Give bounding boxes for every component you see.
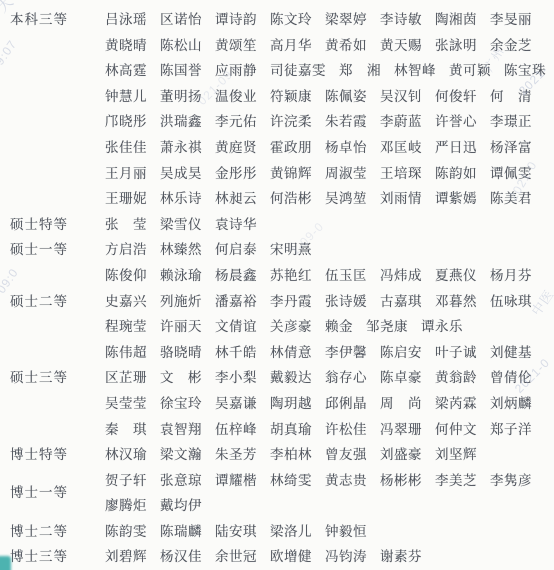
name-row: 邝晓彤洪瑞鑫李元佑许浣柔朱若霞李蔚蓝许誉心李璟正 xyxy=(105,109,554,135)
awardee-name: 陈俊仰 xyxy=(105,263,147,289)
awardee-name: 陈韵如 xyxy=(435,161,477,187)
awardee-name: 赖泳瑜 xyxy=(160,263,202,289)
awardee-name: 李柏林 xyxy=(270,442,312,468)
awardee-name: 梁洛儿 xyxy=(270,519,312,545)
awardee-name: 林高霆 xyxy=(105,58,147,84)
awardee-name: 何仲文 xyxy=(435,417,477,443)
awardee-name: 邱俐晶 xyxy=(325,391,367,417)
awardee-name: 吴鸿堃 xyxy=(325,186,367,212)
awardee-name: 区芷珊 xyxy=(105,365,147,391)
award-group: 硕士二等史嘉兴列施炘潘嘉裕李丹霞张诗媛古嘉琪邓暮然伍咏琪程琬莹许丽天文倩谊关彦豪… xyxy=(10,289,554,366)
awardee-name: 董明扬 xyxy=(160,84,202,110)
name-row: 钟慧儿董明扬温俊业符颖康陈佩姿吴汉钊何俊轩何 清 xyxy=(105,84,554,110)
awardee-name: 钟慧儿 xyxy=(105,84,147,110)
name-row: 秦 琪袁智翔伍梓峰胡真瑜许松佳冯翠珊何仲文郑子洋 xyxy=(105,417,554,443)
awardee-name: 黄锦辉 xyxy=(270,161,312,187)
awardee-name: 苏艳红 xyxy=(270,263,312,289)
award-tier-label: 硕士一等 xyxy=(10,237,105,263)
name-row: 刘碧辉杨汉佳余世冠欧增健冯钧涛谢素芬 xyxy=(105,544,554,570)
awardee-name: 黄庭贤 xyxy=(215,135,257,161)
awardee-name: 许松佳 xyxy=(325,417,367,443)
award-tier-label: 硕士特等 xyxy=(10,212,105,238)
name-row: 陈韵雯陈瑞麟陆安琪梁洛儿钟毅恒 xyxy=(105,519,554,545)
awardee-name: 林乐诗 xyxy=(160,186,202,212)
awardee-name: 高月华 xyxy=(270,33,312,59)
awardee-name: 杨汉佳 xyxy=(160,544,202,570)
awardee-name: 陈国誉 xyxy=(160,58,202,84)
award-tier-label: 博士特等 xyxy=(10,442,105,468)
awardee-name: 陈韵雯 xyxy=(105,519,147,545)
awardee-name: 戴均伊 xyxy=(160,493,202,519)
award-group: 博士一等贺子轩张意琼谭耀楷林绮雯黄志贵杨彬彬李美芝李隽彦廖腾炬戴均伊 xyxy=(10,468,554,519)
name-row: 陈俊仰赖泳瑜杨晨鑫苏艳红伍玉匡冯炜成夏燕仪杨月芬 xyxy=(105,263,554,289)
award-tier-label: 硕士二等 xyxy=(10,289,105,315)
awardee-name: 伍咏琪 xyxy=(490,289,532,315)
awardee-name: 朱圣芳 xyxy=(215,442,257,468)
awardee-name: 秦 琪 xyxy=(105,417,147,443)
name-row: 张 莹梁雪仪袁诗华 xyxy=(105,212,554,238)
awardee-name: 吴汉钊 xyxy=(380,84,422,110)
awardee-name: 林绮雯 xyxy=(270,468,312,494)
name-row: 吕泳瑶区诺怡谭诗韵陈文玲梁翠婷李诗敏陶湘茵李旻丽 xyxy=(105,7,554,33)
awardee-name: 戴毅达 xyxy=(270,365,312,391)
awardee-name: 王月丽 xyxy=(105,161,147,187)
awardee-name: 黄晓晴 xyxy=(105,33,147,59)
awardee-name: 冯钧涛 xyxy=(325,544,367,570)
awardee-name: 程琬莹 xyxy=(105,314,147,340)
awardee-name: 邓匡岐 xyxy=(380,135,422,161)
awardee-name: 贺子轩 xyxy=(105,468,147,494)
awardee-name: 叶子诚 xyxy=(435,340,477,366)
awardee-name: 林臻然 xyxy=(160,237,202,263)
awardee-name: 林昶云 xyxy=(215,186,257,212)
awardee-name: 司徒嘉雯 xyxy=(270,58,326,84)
awardee-name: 张 莹 xyxy=(105,212,147,238)
awardee-name: 文 彬 xyxy=(160,365,202,391)
awardee-name: 何浩彬 xyxy=(270,186,312,212)
awardee-name: 吴成昊 xyxy=(160,161,202,187)
awardee-name: 吕泳瑶 xyxy=(105,7,147,33)
awardee-name: 张意琼 xyxy=(160,468,202,494)
awardee-name: 杨晨鑫 xyxy=(215,263,257,289)
awardee-name: 林汉瑜 xyxy=(105,442,147,468)
awardee-name: 刘雨情 xyxy=(380,186,422,212)
awardee-name: 潘嘉裕 xyxy=(215,289,257,315)
awardee-name: 黄可颖 xyxy=(449,58,491,84)
awardee-name: 萧永祺 xyxy=(160,135,202,161)
awardee-name: 古嘉琪 xyxy=(380,289,422,315)
awardee-name: 谭耀楷 xyxy=(215,468,257,494)
awardee-name: 李蔚蓝 xyxy=(380,109,422,135)
name-row: 王珊妮林乐诗林昶云何浩彬吴鸿堃刘雨情谭紫嫣陈美君 xyxy=(105,186,554,212)
awardee-name: 陈松山 xyxy=(160,33,202,59)
awardee-name: 刘健基 xyxy=(490,340,532,366)
awardee-name: 陆安琪 xyxy=(215,519,257,545)
awardee-name: 陈文玲 xyxy=(270,7,312,33)
awardee-name: 洪瑞鑫 xyxy=(160,109,202,135)
awardee-name: 吴莹莹 xyxy=(105,391,147,417)
awardee-name: 邓暮然 xyxy=(435,289,477,315)
awardee-name: 许浣柔 xyxy=(270,109,312,135)
awardee-name: 吴嘉谦 xyxy=(215,391,257,417)
awardee-name: 夏燕仪 xyxy=(435,263,477,289)
name-rows: 史嘉兴列施炘潘嘉裕李丹霞张诗媛古嘉琪邓暮然伍咏琪程琬莹许丽天文倩谊关彦豪赖金邹尧… xyxy=(105,289,554,366)
awardee-name: 符颖康 xyxy=(270,84,312,110)
awardee-name: 林倩意 xyxy=(270,340,312,366)
name-row: 吴莹莹徐宝玲吴嘉谦陶玥越邱俐晶周 尚梁芮霖刘炳麟 xyxy=(105,391,554,417)
award-group: 硕士一等方启浩林臻然何启泰宋明熹陈俊仰赖泳瑜杨晨鑫苏艳红伍玉匡冯炜成夏燕仪杨月芬 xyxy=(10,237,554,288)
awardee-name: 梁芮霖 xyxy=(435,391,477,417)
award-group: 硕士三等区芷珊文 彬李小梨戴毅达翁存心陈卓豪黄翁龄曾倩伦吴莹莹徐宝玲吴嘉谦陶玥越… xyxy=(10,365,554,442)
awardee-name: 谭永乐 xyxy=(421,314,463,340)
award-group: 博士特等林汉瑜梁文瀚朱圣芳李柏林曾友强刘盛豪刘坚辉 xyxy=(10,442,554,468)
awardee-name: 徐宝玲 xyxy=(160,391,202,417)
awardee-name: 郑子洋 xyxy=(490,417,532,443)
name-rows: 贺子轩张意琼谭耀楷林绮雯黄志贵杨彬彬李美芝李隽彦廖腾炬戴均伊 xyxy=(105,468,554,519)
name-rows: 刘碧辉杨汉佳余世冠欧增健冯钧涛谢素芬 xyxy=(105,544,554,570)
awardee-name: 黄翁龄 xyxy=(435,365,477,391)
award-list: 本科三等吕泳瑶区诺怡谭诗韵陈文玲梁翠婷李诗敏陶湘茵李旻丽黄晓晴陈松山黄颂笙高月华… xyxy=(10,7,554,570)
name-row: 林汉瑜梁文瀚朱圣芳李柏林曾友强刘盛豪刘坚辉 xyxy=(105,442,554,468)
awardee-name: 袁诗华 xyxy=(215,212,257,238)
name-rows: 吕泳瑶区诺怡谭诗韵陈文玲梁翠婷李诗敏陶湘茵李旻丽黄晓晴陈松山黄颂笙高月华黄希如黄… xyxy=(105,7,554,212)
awardee-name: 曾倩伦 xyxy=(490,365,532,391)
awardee-name: 廖腾炬 xyxy=(105,493,147,519)
awardee-name: 谭佩雯 xyxy=(490,161,532,187)
awardee-name: 李丹霞 xyxy=(270,289,312,315)
awardee-name: 伍玉匡 xyxy=(325,263,367,289)
awardee-name: 陶玥越 xyxy=(270,391,312,417)
awardee-name: 李伊馨 xyxy=(325,340,367,366)
awardee-name: 黄希如 xyxy=(325,33,367,59)
awardee-name: 金彤彤 xyxy=(215,161,257,187)
awardee-name: 梁雪仪 xyxy=(160,212,202,238)
awardee-name: 李美芝 xyxy=(435,468,477,494)
scanned-award-document: 本科三等吕泳瑶区诺怡谭诗韵陈文玲梁翠婷李诗敏陶湘茵李旻丽黄晓晴陈松山黄颂笙高月华… xyxy=(0,0,554,570)
awardee-name: 伍梓峰 xyxy=(215,417,257,443)
awardee-name: 余世冠 xyxy=(215,544,257,570)
awardee-name: 宋明熹 xyxy=(270,237,312,263)
award-tier-label: 硕士三等 xyxy=(10,365,105,391)
awardee-name: 李诗敏 xyxy=(380,7,422,33)
awardee-name: 翁存心 xyxy=(325,365,367,391)
award-group: 博士三等刘碧辉杨汉佳余世冠欧增健冯钧涛谢素芬 xyxy=(10,544,554,570)
awardee-name: 关彦豪 xyxy=(270,314,312,340)
awardee-name: 李元佑 xyxy=(215,109,257,135)
award-group: 本科三等吕泳瑶区诺怡谭诗韵陈文玲梁翠婷李诗敏陶湘茵李旻丽黄晓晴陈松山黄颂笙高月华… xyxy=(10,7,554,212)
awardee-name: 邝晓彤 xyxy=(105,109,147,135)
awardee-name: 区诺怡 xyxy=(160,7,202,33)
awardee-name: 温俊业 xyxy=(215,84,257,110)
awardee-name: 陈美君 xyxy=(490,186,532,212)
awardee-name: 李小梨 xyxy=(215,365,257,391)
awardee-name: 袁智翔 xyxy=(160,417,202,443)
awardee-name: 谭紫嫣 xyxy=(435,186,477,212)
awardee-name: 谭诗韵 xyxy=(215,7,257,33)
awardee-name: 许丽天 xyxy=(160,314,202,340)
name-rows: 区芷珊文 彬李小梨戴毅达翁存心陈卓豪黄翁龄曾倩伦吴莹莹徐宝玲吴嘉谦陶玥越邱俐晶周… xyxy=(105,365,554,442)
awardee-name: 陈瑞麟 xyxy=(160,519,202,545)
awardee-name: 钟毅恒 xyxy=(325,519,367,545)
award-group: 博士二等陈韵雯陈瑞麟陆安琪梁洛儿钟毅恒 xyxy=(10,519,554,545)
name-row: 廖腾炬戴均伊 xyxy=(105,493,554,519)
awardee-name: 何启泰 xyxy=(215,237,257,263)
awardee-name: 李璟正 xyxy=(490,109,532,135)
awardee-name: 林智峰 xyxy=(394,58,436,84)
name-rows: 陈韵雯陈瑞麟陆安琪梁洛儿钟毅恒 xyxy=(105,519,554,545)
awardee-name: 刘盛豪 xyxy=(380,442,422,468)
awardee-name: 李旻丽 xyxy=(490,7,532,33)
awardee-name: 黄志贵 xyxy=(325,468,367,494)
name-row: 张佳佳萧永祺黄庭贤霍政朋杨卓怡邓匡岐严日迅杨泽富 xyxy=(105,135,554,161)
awardee-name: 列施炘 xyxy=(160,289,202,315)
award-tier-label: 博士一等 xyxy=(10,480,105,506)
awardee-name: 曾友强 xyxy=(325,442,367,468)
awardee-name: 陈佩姿 xyxy=(325,84,367,110)
awardee-name: 欧增健 xyxy=(270,544,312,570)
name-rows: 张 莹梁雪仪袁诗华 xyxy=(105,212,554,238)
awardee-name: 严日迅 xyxy=(435,135,477,161)
awardee-name: 黄颂笙 xyxy=(215,33,257,59)
awardee-name: 黄天赐 xyxy=(380,33,422,59)
awardee-name: 应雨静 xyxy=(215,58,257,84)
name-rows: 方启浩林臻然何启泰宋明熹陈俊仰赖泳瑜杨晨鑫苏艳红伍玉匡冯炜成夏燕仪杨月芬 xyxy=(105,237,554,288)
awardee-name: 张詠明 xyxy=(435,33,477,59)
award-group: 硕士特等张 莹梁雪仪袁诗华 xyxy=(10,212,554,238)
awardee-name: 郑 湘 xyxy=(339,58,381,84)
awardee-name: 谢素芬 xyxy=(380,544,422,570)
awardee-name: 陈宝珠 xyxy=(504,58,546,84)
name-row: 林高霆陈国誉应雨静司徒嘉雯郑 湘林智峰黄可颖陈宝珠 xyxy=(105,58,554,84)
awardee-name: 方启浩 xyxy=(105,237,147,263)
awardee-name: 王珊妮 xyxy=(105,186,147,212)
awardee-name: 骆晓晴 xyxy=(160,340,202,366)
name-row: 贺子轩张意琼谭耀楷林绮雯黄志贵杨彬彬李美芝李隽彦 xyxy=(105,468,554,494)
name-rows: 林汉瑜梁文瀚朱圣芳李柏林曾友强刘盛豪刘坚辉 xyxy=(105,442,554,468)
awardee-name: 陈启安 xyxy=(380,340,422,366)
awardee-name: 陶湘茵 xyxy=(435,7,477,33)
name-row: 区芷珊文 彬李小梨戴毅达翁存心陈卓豪黄翁龄曾倩伦 xyxy=(105,365,554,391)
awardee-name: 杨卓怡 xyxy=(325,135,367,161)
awardee-name: 赖金 xyxy=(325,314,353,340)
awardee-name: 朱若霞 xyxy=(325,109,367,135)
awardee-name: 胡真瑜 xyxy=(270,417,312,443)
awardee-name: 余金芝 xyxy=(490,33,532,59)
awardee-name: 邹尧康 xyxy=(366,314,408,340)
name-row: 程琬莹许丽天文倩谊关彦豪赖金邹尧康谭永乐 xyxy=(105,314,554,340)
awardee-name: 许誉心 xyxy=(435,109,477,135)
awardee-name: 何 清 xyxy=(490,84,532,110)
name-row: 史嘉兴列施炘潘嘉裕李丹霞张诗媛古嘉琪邓暮然伍咏琪 xyxy=(105,289,554,315)
awardee-name: 霍政朋 xyxy=(270,135,312,161)
teal-corner-stamp-mark xyxy=(0,556,11,570)
awardee-name: 梁文瀚 xyxy=(160,442,202,468)
name-row: 王月丽吴成昊金彤彤黄锦辉周淑莹王培琛陈韵如谭佩雯 xyxy=(105,161,554,187)
award-tier-label: 博士二等 xyxy=(10,519,105,545)
awardee-name: 文倩谊 xyxy=(215,314,257,340)
awardee-name: 刘碧辉 xyxy=(105,544,147,570)
awardee-name: 李隽彦 xyxy=(490,468,532,494)
awardee-name: 陈伟超 xyxy=(105,340,147,366)
awardee-name: 张佳佳 xyxy=(105,135,147,161)
name-row: 陈伟超骆晓晴林千皓林倩意李伊馨陈启安叶子诚刘健基 xyxy=(105,340,554,366)
awardee-name: 杨月芬 xyxy=(490,263,532,289)
awardee-name: 梁翠婷 xyxy=(325,7,367,33)
awardee-name: 周 尚 xyxy=(380,391,422,417)
award-tier-label: 博士三等 xyxy=(10,544,105,570)
awardee-name: 何俊轩 xyxy=(435,84,477,110)
name-row: 方启浩林臻然何启泰宋明熹 xyxy=(105,237,554,263)
awardee-name: 刘炳麟 xyxy=(490,391,532,417)
awardee-name: 周淑莹 xyxy=(325,161,367,187)
awardee-name: 王培琛 xyxy=(380,161,422,187)
awardee-name: 史嘉兴 xyxy=(105,289,147,315)
award-tier-label: 本科三等 xyxy=(10,7,105,33)
awardee-name: 陈卓豪 xyxy=(380,365,422,391)
awardee-name: 张诗媛 xyxy=(325,289,367,315)
awardee-name: 冯翠珊 xyxy=(380,417,422,443)
awardee-name: 杨彬彬 xyxy=(380,468,422,494)
awardee-name: 刘坚辉 xyxy=(435,442,477,468)
name-row: 黄晓晴陈松山黄颂笙高月华黄希如黄天赐张詠明余金芝 xyxy=(105,33,554,59)
awardee-name: 冯炜成 xyxy=(380,263,422,289)
awardee-name: 林千皓 xyxy=(215,340,257,366)
awardee-name: 杨泽富 xyxy=(490,135,532,161)
